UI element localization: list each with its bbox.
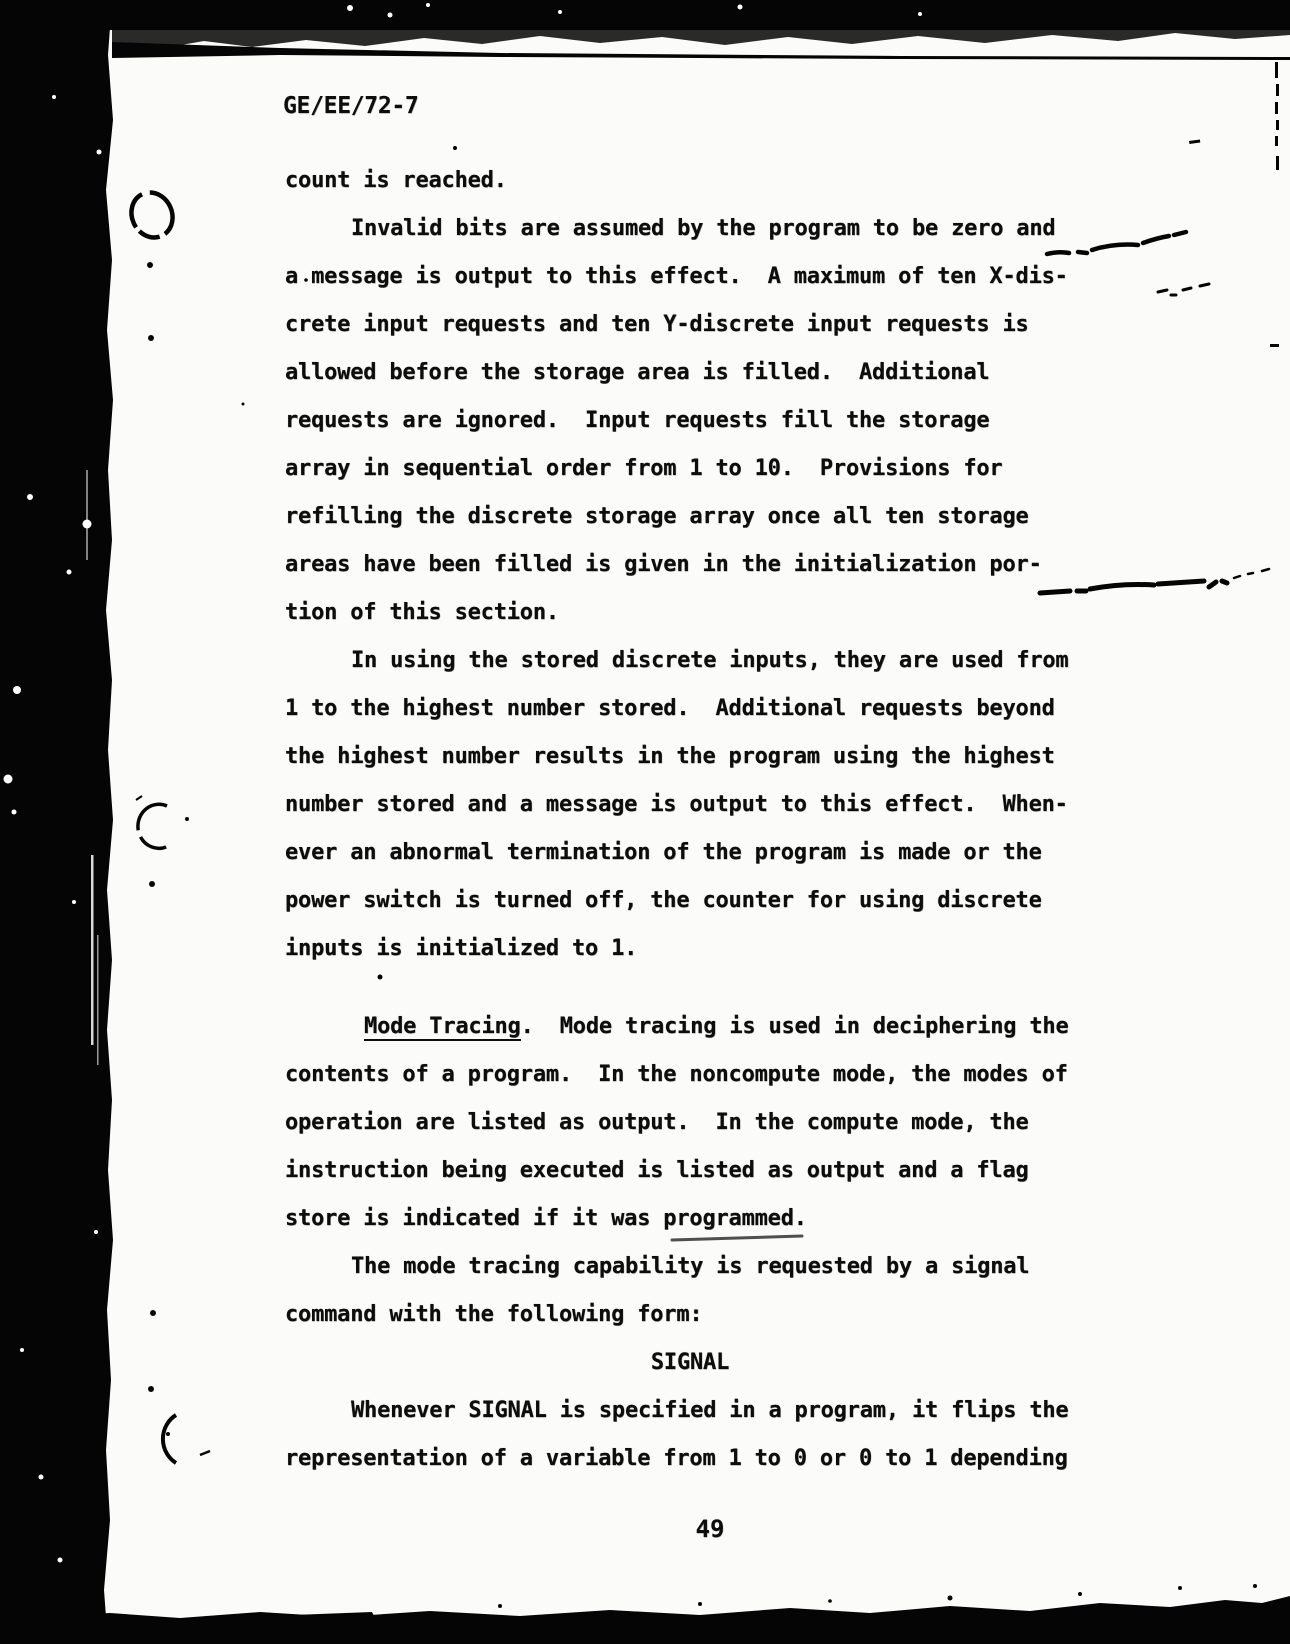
scanned-document-page: GE/EE/72-7 count is reached. Invalid bit… [0,0,1290,1644]
text-line: areas have been filled is given in the i… [285,541,1095,589]
scan-border-left [0,0,113,1644]
text-line: operation are listed as output. In the c… [285,1099,1095,1147]
text-line: count is reached. [285,157,1095,205]
text-line: In using the stored discrete inputs, the… [285,637,1095,685]
text-line: tion of this section. [285,589,1095,637]
underlined-heading: Mode Tracing [364,1014,521,1041]
text-line-section-heading: Mode Tracing. Mode tracing is used in de… [285,1003,1095,1051]
text-line: instruction being executed is listed as … [285,1147,1095,1195]
text-line: crete input requests and ten Y-discrete … [285,301,1095,349]
text-line: The mode tracing capability is requested… [285,1243,1095,1291]
text-line: command with the following form: [285,1291,1095,1339]
text-line: inputs is initialized to 1. [285,925,1095,973]
text-line: ever an abnormal termination of the prog… [285,829,1095,877]
scan-edge-dashes-right [1189,62,1279,347]
text-line: a message is output to this effect. A ma… [285,253,1095,301]
text-line: requests are ignored. Input requests fil… [285,397,1095,445]
document-id-header: GE/EE/72-7 [283,93,418,119]
scan-border-top [0,0,1290,60]
margin-paren-artifact [148,1310,210,1463]
text-line: array in sequential order from 1 to 10. … [285,445,1095,493]
text-line: number stored and a message is output to… [285,781,1095,829]
text-line: contents of a program. In the noncompute… [285,1051,1095,1099]
text-line: Whenever SIGNAL is specified in a progra… [285,1387,1095,1435]
text-line: store is indicated if it was programmed. [285,1195,1095,1243]
margin-ring-artifact [124,186,180,341]
text-line: refilling the discrete storage array onc… [285,493,1095,541]
text-line: allowed before the storage area is fille… [285,349,1095,397]
scan-border-bottom [0,1584,1290,1644]
text-line: the highest number results in the progra… [285,733,1095,781]
text-line: Invalid bits are assumed by the program … [285,205,1095,253]
margin-arc-artifact [136,796,189,887]
text-block: count is reached. Invalid bits are assum… [285,157,1095,1483]
text-line: power switch is turned off, the counter … [285,877,1095,925]
signal-command-line: SIGNAL [285,1339,1095,1387]
text-line: 1 to the highest number stored. Addition… [285,685,1095,733]
page-number: 49 [285,1505,1135,1553]
text-line: representation of a variable from 1 to 0… [285,1435,1095,1483]
